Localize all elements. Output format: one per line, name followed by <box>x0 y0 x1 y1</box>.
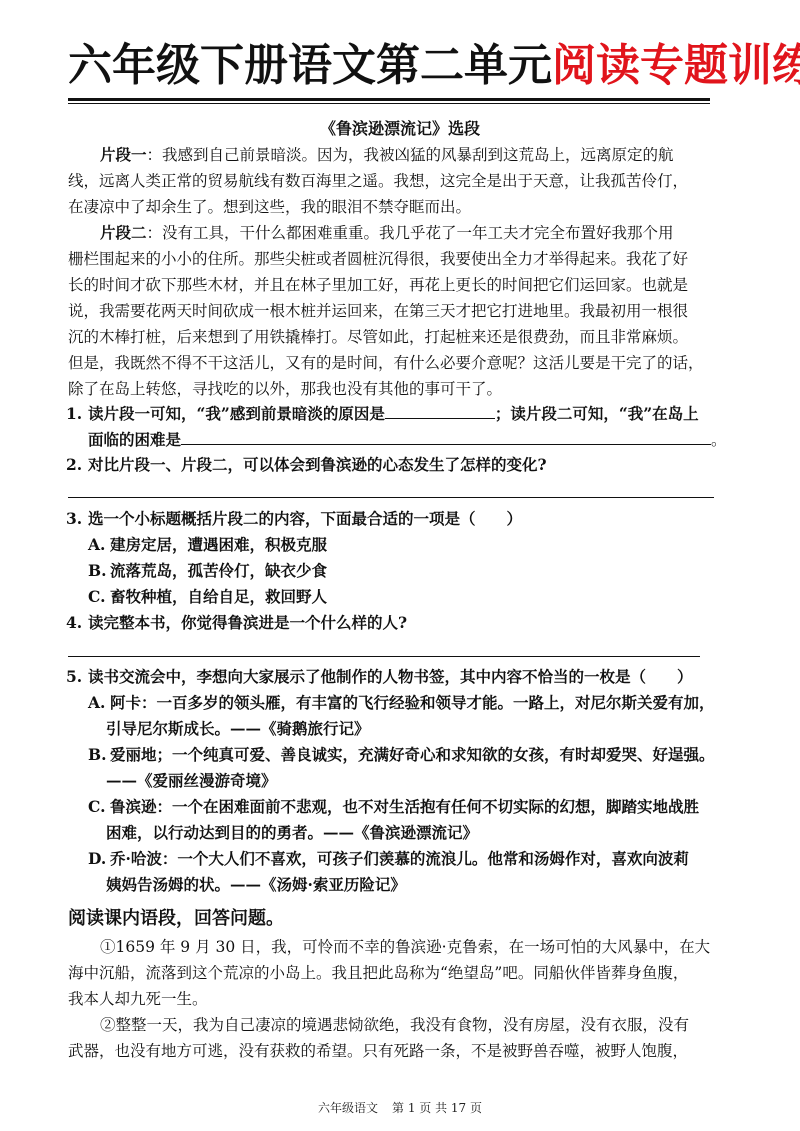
question-3: 3.选一个小标题概括片段二的内容，下面最合适的一项是（ ） A.建房定居，遭遇困… <box>66 506 730 636</box>
page-number: 第 1 页 共 17 页 <box>392 1101 482 1115</box>
title-text: 六年级下册语文第二单元阅读专题训练 <box>68 36 710 96</box>
excerpt-subtitle: 《鲁滨逊漂流记》选段 <box>68 116 732 142</box>
reading-section-2: 阅读课内语段，回答问题。 ①1659 年 9 月 30 日，我，可怜而不幸的鲁滨… <box>68 904 732 1064</box>
fragment2-line: 长的时间才砍下那些木材，并且在林子里加工好，再花上更长的时间把它们运回家。也就是 <box>68 272 732 298</box>
question-number: 1. <box>66 401 88 427</box>
page-footer: 六年级语文第 1 页 共 17 页 <box>0 1099 800 1116</box>
question-number: 3. <box>66 506 88 532</box>
worksheet-page: 六年级下册语文第二单元阅读专题训练 《鲁滨逊漂流记》选段 片段一：我感到自己前景… <box>0 0 800 1131</box>
paragraph-line: ②整整一天，我为自己凄凉的境遇悲恸欲绝，我没有食物，没有房屋，没有衣服，没有 <box>68 1012 732 1038</box>
answer-line-q4[interactable] <box>68 656 700 657</box>
title-rule-thick <box>68 98 710 101</box>
title-red: 阅读专题训练 <box>552 40 800 91</box>
page-title: 六年级下册语文第二单元阅读专题训练 <box>68 36 710 104</box>
fragment2-line: 但是，我既然不得不干这活儿，又有的是时间，有什么必要介意呢？这活儿要是干完了的话… <box>68 350 732 376</box>
fragment1-line: 在凄凉中了却余生了。想到这些，我的眼泪不禁夺眶而出。 <box>68 194 732 220</box>
title-black: 六年级下册语文第二单元 <box>68 40 552 91</box>
question-number: 5. <box>66 664 88 690</box>
question-1: 1.读片段一可知，“我”感到前景暗淡的原因是；读片段二可知，“我”在岛上 面临的… <box>66 400 730 452</box>
question-2: 2.对比片段一、片段二，可以体会到鲁滨逊的心态发生了怎样的变化? <box>66 452 730 478</box>
fragment1-line: 片段一：我感到自己前景暗淡。因为，我被凶猛的风暴刮到这荒岛上，远离原定的航 <box>68 142 732 168</box>
fragment2-line: 栅栏围起来的小小的住所。那些尖桩或者圆桩沉得很，我要使出全力才举得起来。我花了好 <box>68 246 732 272</box>
passage-excerpt: 《鲁滨逊漂流记》选段 片段一：我感到自己前景暗淡。因为，我被凶猛的风暴刮到这荒岛… <box>68 116 732 402</box>
option-c[interactable]: C.畜牧种植，自给自足，救回野人 <box>66 584 730 610</box>
option-b[interactable]: B.流落荒岛，孤苦伶仃，缺衣少食 <box>66 558 730 584</box>
option-d[interactable]: D.乔·哈波：一个大人们不喜欢，可孩子们羡慕的流浪儿。他常和汤姆作对，喜欢向波莉 <box>66 846 736 872</box>
fragment2-line: 除了在岛上转悠，寻找吃的以外，那我也没有其他的事可干了。 <box>68 376 732 402</box>
footer-subject: 六年级语文 <box>318 1101 378 1115</box>
paragraph-line: 我本人却九死一生。 <box>68 986 732 1012</box>
fragment1-label: 片段一 <box>100 145 147 164</box>
paragraph-line: 武器，也没有地方可逃，没有获救的希望。只有死路一条，不是被野兽吞噬，被野人饱腹， <box>68 1038 732 1064</box>
option-c[interactable]: C.鲁滨逊：一个在困难面前不悲观，也不对生活抱有任何不切实际的幻想，脚踏实地战胜 <box>66 794 736 820</box>
option-a[interactable]: A.阿卡：一百多岁的领头雁，有丰富的飞行经验和领导才能。一路上，对尼尔斯关爱有加… <box>66 690 736 716</box>
answer-line-q2[interactable] <box>68 497 714 498</box>
question-number: 2. <box>66 452 88 478</box>
fragment2-line: 片段二：没有工具，干什么都困难重重。我几乎花了一年工夫才完全布置好我那个用 <box>68 220 732 246</box>
paragraph-line: 海中沉船，流落到这个荒凉的小岛上。我且把此岛称为“绝望岛”吧。同船伙伴皆葬身鱼腹… <box>68 960 732 986</box>
section-heading: 阅读课内语段，回答问题。 <box>68 904 732 934</box>
fragment1-line: 线，远离人类正常的贸易航线有数百海里之遥。我想，这完全是出于天意，让我孤苦伶仃， <box>68 168 732 194</box>
paragraph-line: ①1659 年 9 月 30 日，我，可怜而不幸的鲁滨逊·克鲁索，在一场可怕的大… <box>68 934 732 960</box>
question-number: 4. <box>66 610 88 636</box>
title-rule-thin <box>68 103 710 104</box>
fragment2-label: 片段二 <box>100 223 147 242</box>
answer-blank-1a[interactable] <box>385 400 495 419</box>
answer-blank-1b[interactable] <box>181 426 711 445</box>
option-b[interactable]: B.爱丽地；一个纯真可爱、善良诚实，充满好奇心和求知欲的女孩，有时却爱哭、好逞强… <box>66 742 736 768</box>
fragment2-line: 说，我需要花两天时间砍成一根木桩并运回来，在第三天才把它打进地里。我最初用一根很 <box>68 298 732 324</box>
fragment2-line: 沉的木棒打桩，后来想到了用铁撬棒打。尽管如此，打起桩来还是很费劲，而且非常麻烦。 <box>68 324 732 350</box>
option-a[interactable]: A.建房定居，遭遇困难，积极克服 <box>66 532 730 558</box>
question-4: 4.读完整本书，你觉得鲁滨进是一个什么样的人? <box>66 610 730 636</box>
question-5: 5.读书交流会中，李想向大家展示了他制作的人物书签，其中内容不恰当的一枚是（ ）… <box>66 664 736 898</box>
